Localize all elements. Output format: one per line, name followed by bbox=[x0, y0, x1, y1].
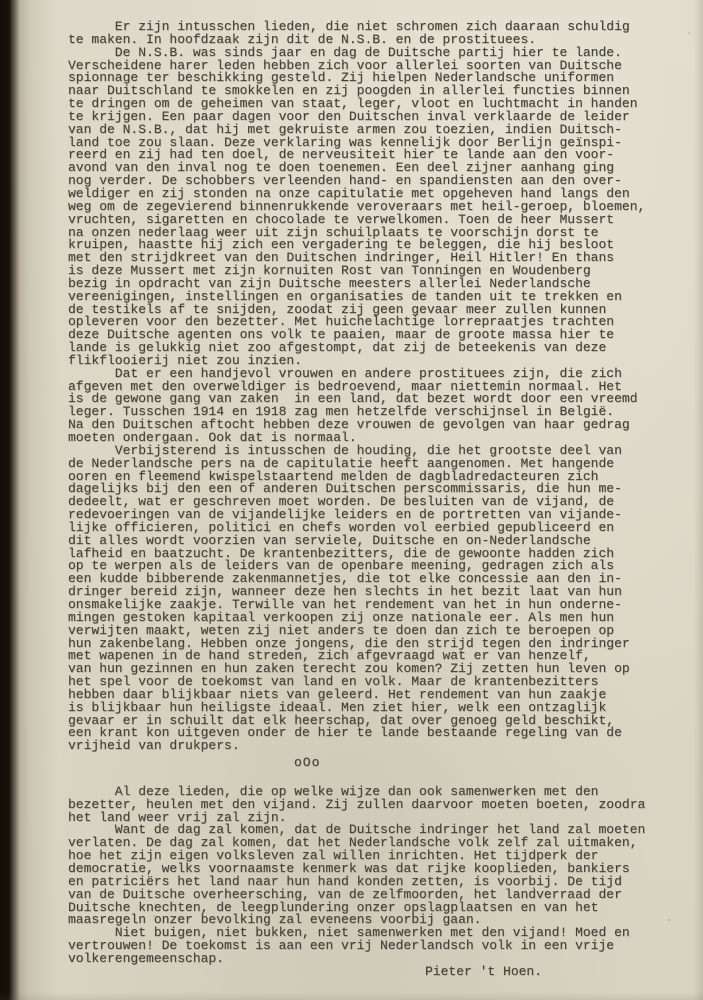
paragraph: De N.S.B. was sinds jaar en dag de Duits… bbox=[68, 47, 668, 368]
text-line: volkerengemeenschap. bbox=[68, 953, 668, 966]
paragraph: Dat er een handjevol vrouwen en andere p… bbox=[68, 368, 668, 445]
text-line: vrijheid van drukpers. bbox=[68, 740, 668, 753]
paragraph: Verbijsterend is intusschen de houding, … bbox=[68, 445, 668, 753]
paper-right-edge bbox=[693, 0, 703, 1000]
document-body: Er zijn intusschen lieden, die niet schr… bbox=[68, 21, 668, 979]
scan-left-edge bbox=[0, 0, 60, 1000]
paragraph: Er zijn intusschen lieden, die niet schr… bbox=[68, 21, 668, 47]
scanned-document-page: Er zijn intusschen lieden, die niet schr… bbox=[0, 0, 703, 1000]
section-separator: oOo bbox=[68, 757, 668, 770]
paper-bottom-edge bbox=[0, 992, 703, 1000]
author-signature: Pieter 't Hoen. bbox=[68, 966, 668, 979]
paragraph: Al deze lieden, die op welke wijze dan o… bbox=[68, 786, 668, 966]
